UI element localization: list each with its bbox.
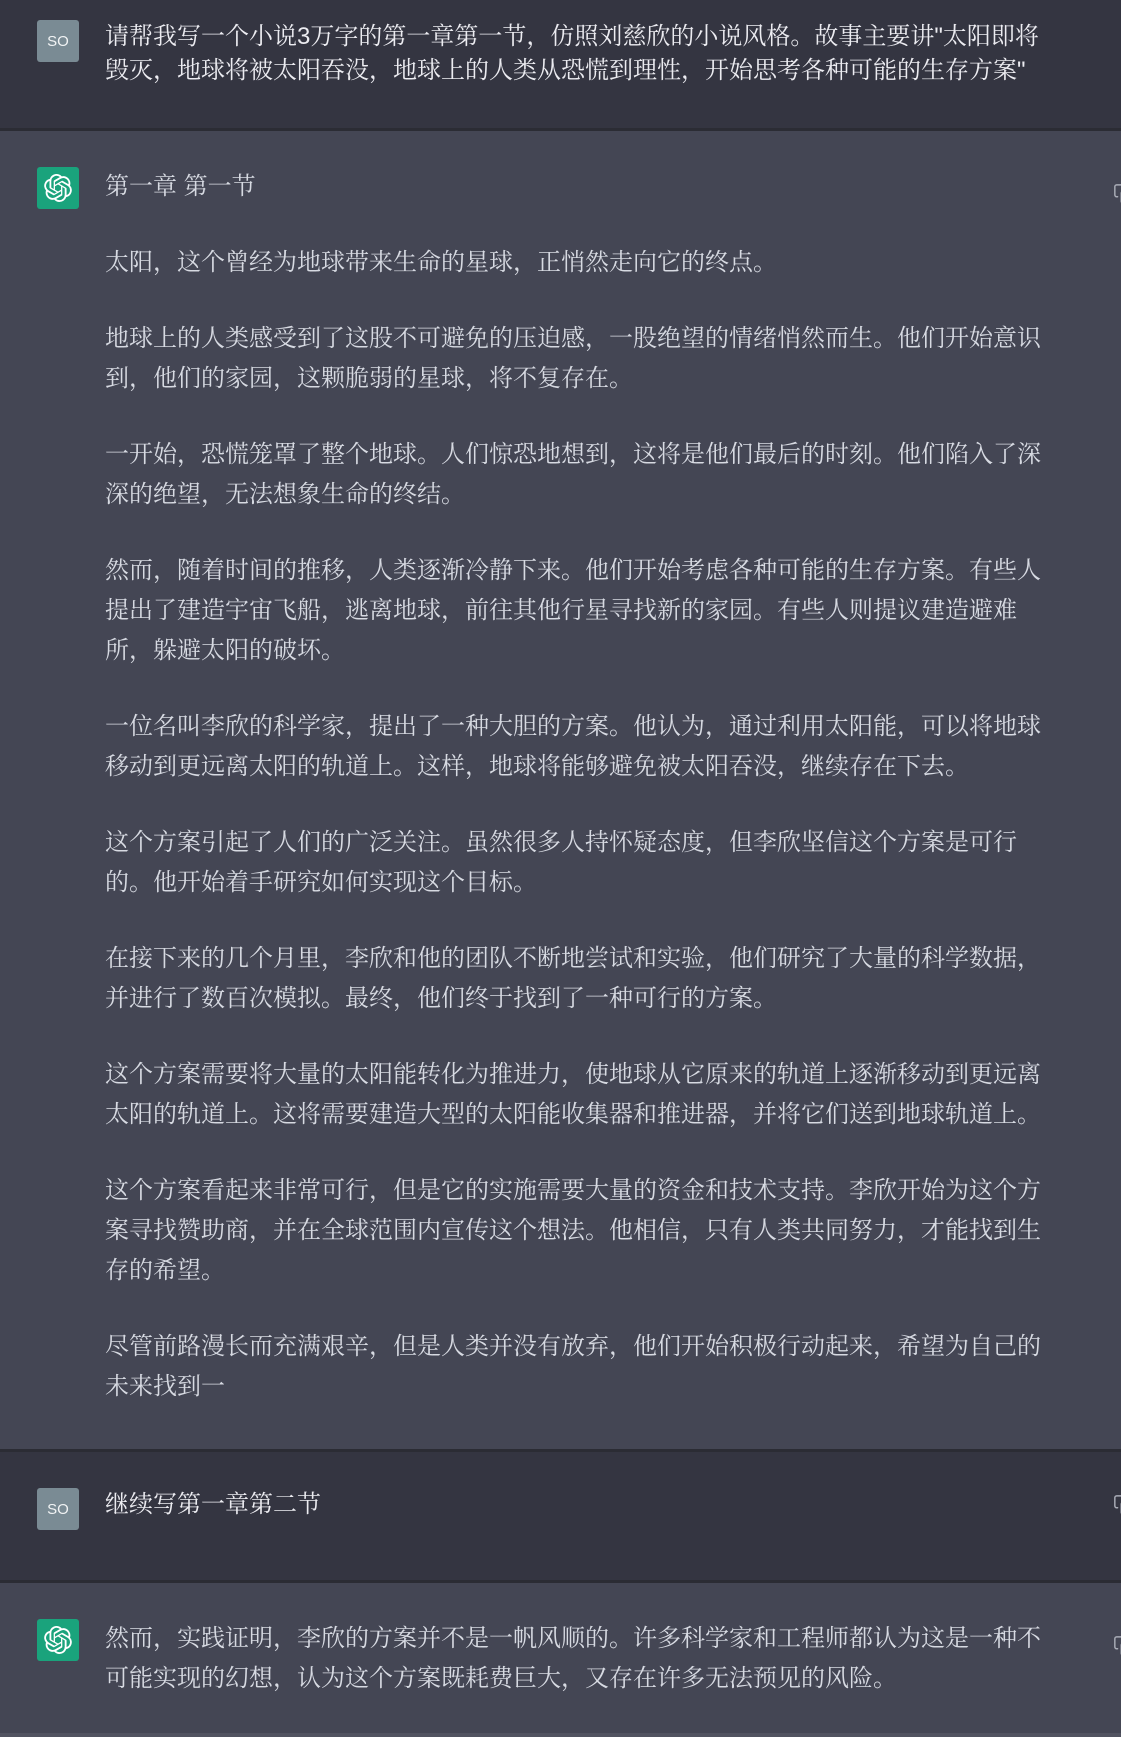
message-paragraph: 然而，实践证明，李欣的方案并不是一帆风顺的。许多科学家和工程师都认为这是一种不可… <box>105 1619 1061 1699</box>
message-row: SO 继续写第一章第二节 <box>0 1449 1121 1580</box>
bottom-edge-divider <box>0 1733 1121 1737</box>
copy-icon[interactable] <box>1113 1494 1121 1516</box>
conversation: SO 请帮我写一个小说3万字的第一章第一节，仿照刘慈欣的小说风格。故事主要讲"太… <box>0 0 1121 1737</box>
message-text: 第一章 第一节太阳，这个曾经为地球带来生命的星球，正悄然走向它的终点。地球上的人… <box>105 167 1061 1407</box>
message-paragraph: 一开始，恐慌笼罩了整个地球。人们惊恐地想到，这将是他们最后的时刻。他们陷入了深深… <box>105 435 1061 515</box>
message-paragraph: 第一章 第一节 <box>105 167 1061 207</box>
message-paragraph: 这个方案需要将大量的太阳能转化为推进力，使地球从它原来的轨道上逐渐移动到更远离太… <box>105 1055 1061 1135</box>
openai-logo-icon <box>37 1619 79 1661</box>
message-paragraph: 尽管前路漫长而充满艰辛，但是人类并没有放弃，他们开始积极行动起来，希望为自己的未… <box>105 1327 1061 1407</box>
message-paragraph: 地球上的人类感受到了这股不可避免的压迫感，一股绝望的情绪悄然而生。他们开始意识到… <box>105 319 1061 399</box>
message-row: 然而，实践证明，李欣的方案并不是一帆风顺的。许多科学家和工程师都认为这是一种不可… <box>0 1580 1121 1737</box>
message-paragraph: 然而，随着时间的推移，人类逐渐冷静下来。他们开始考虑各种可能的生存方案。有些人提… <box>105 551 1061 671</box>
message-row: 第一章 第一节太阳，这个曾经为地球带来生命的星球，正悄然走向它的终点。地球上的人… <box>0 128 1121 1449</box>
message-paragraph: 一位名叫李欣的科学家，提出了一种大胆的方案。他认为，通过利用太阳能，可以将地球移… <box>105 707 1061 787</box>
copy-icon[interactable] <box>1113 183 1121 205</box>
message-paragraph: 太阳，这个曾经为地球带来生命的星球，正悄然走向它的终点。 <box>105 243 1061 283</box>
message-paragraph: 请帮我写一个小说3万字的第一章第一节，仿照刘慈欣的小说风格。故事主要讲"太阳即将… <box>105 20 1061 88</box>
message-paragraph: 这个方案看起来非常可行，但是它的实施需要大量的资金和技术支持。李欣开始为这个方案… <box>105 1171 1061 1291</box>
message-text: 然而，实践证明，李欣的方案并不是一帆风顺的。许多科学家和工程师都认为这是一种不可… <box>105 1619 1061 1699</box>
copy-icon[interactable] <box>1113 1635 1121 1657</box>
user-avatar: SO <box>37 1488 79 1530</box>
message-text: 请帮我写一个小说3万字的第一章第一节，仿照刘慈欣的小说风格。故事主要讲"太阳即将… <box>105 20 1061 88</box>
message-row: SO 请帮我写一个小说3万字的第一章第一节，仿照刘慈欣的小说风格。故事主要讲"太… <box>0 0 1121 128</box>
openai-logo-icon <box>37 167 79 209</box>
message-paragraph: 在接下来的几个月里，李欣和他的团队不断地尝试和实验，他们研究了大量的科学数据，并… <box>105 939 1061 1019</box>
message-paragraph: 这个方案引起了人们的广泛关注。虽然很多人持怀疑态度，但李欣坚信这个方案是可行的。… <box>105 823 1061 903</box>
user-avatar: SO <box>37 20 79 62</box>
message-paragraph: 继续写第一章第二节 <box>105 1488 321 1522</box>
message-text: 继续写第一章第二节 <box>105 1488 321 1530</box>
